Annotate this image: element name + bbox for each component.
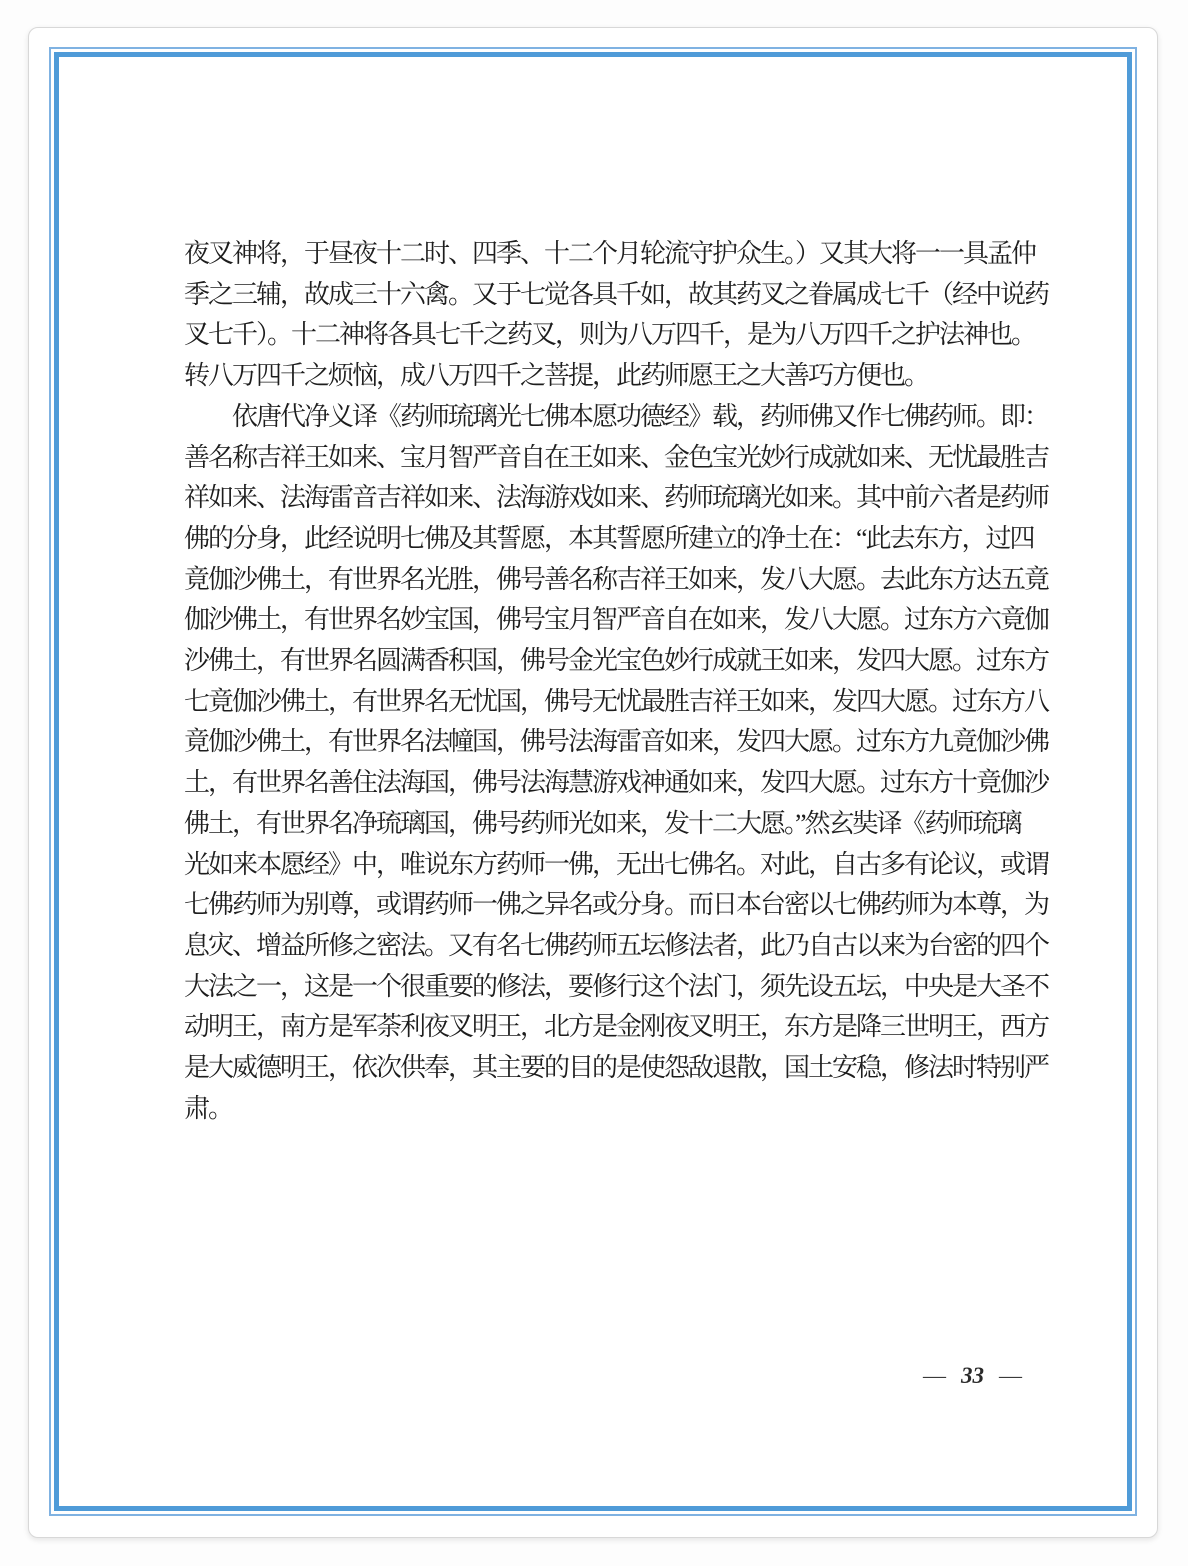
text-line: 竟伽沙佛土，有世界名法幢国，佛号法海雷音如来，发四大愿。过东方九竟伽沙佛 <box>184 722 1052 763</box>
text-line: 大法之一，这是一个很重要的修法，要修行这个法门，须先设五坛，中央是大圣不 <box>184 967 1052 1008</box>
text-line: 息灾、增益所修之密法。又有名七佛药师五坛修法者，此乃自古以来为台密的四个 <box>184 926 1052 967</box>
text-line: 季之三辅，故成三十六禽。又于七觉各具千如，故其药叉之眷属成七千（经中说药 <box>184 275 1052 316</box>
text-line: 肃。 <box>184 1089 1052 1130</box>
text-line: 动明王，南方是军荼利夜叉明王，北方是金刚夜叉明王，东方是降三世明王，西方 <box>184 1007 1052 1048</box>
text-line: 土，有世界名善住法海国，佛号法海慧游戏神通如来，发四大愿。过东方十竟伽沙 <box>184 763 1052 804</box>
paragraph: 夜叉神将，于昼夜十二时、四季、十二个月轮流守护众生。）又其大将一一具孟仲季之三辅… <box>184 234 1052 397</box>
page-number-dash-left: — <box>923 1363 946 1389</box>
paragraph: 依唐代净义译《药师琉璃光七佛本愿功德经》载，药师佛又作七佛药师。即：善名称吉祥王… <box>184 397 1052 1130</box>
text-line: 是大威德明王，依次供奉，其主要的目的是使怨敌退散，国土安稳，修法时特别严 <box>184 1048 1052 1089</box>
text-line: 佛的分身，此经说明七佛及其誓愿，本其誓愿所建立的净土在：“此去东方，过四 <box>184 519 1052 560</box>
screenshot-root: { "document": { "language": "zh-CN", "pa… <box>0 0 1188 1566</box>
text-line: 佛土，有世界名净琉璃国，佛号药师光如来，发十二大愿。”然玄奘译《药师琉璃 <box>184 804 1052 845</box>
text-line: 七竟伽沙佛土，有世界名无忧国，佛号无忧最胜吉祥王如来，发四大愿。过东方八 <box>184 682 1052 723</box>
page-number-value: 33 <box>961 1363 984 1389</box>
text-line: 夜叉神将，于昼夜十二时、四季、十二个月轮流守护众生。）又其大将一一具孟仲 <box>184 234 1052 275</box>
text-line: 沙佛土，有世界名圆满香积国，佛号金光宝色妙行成就王如来，发四大愿。过东方 <box>184 641 1052 682</box>
text-line: 伽沙佛土，有世界名妙宝国，佛号宝月智严音自在如来，发八大愿。过东方六竟伽 <box>184 600 1052 641</box>
text-line: 七佛药师为别尊，或谓药师一佛之异名或分身。而日本台密以七佛药师为本尊，为 <box>184 885 1052 926</box>
page-number-dash-right: — <box>999 1363 1022 1389</box>
text-line: 竟伽沙佛土，有世界名光胜，佛号善名称吉祥王如来，发八大愿。去此东方达五竟 <box>184 560 1052 601</box>
text-line: 依唐代净义译《药师琉璃光七佛本愿功德经》载，药师佛又作七佛药师。即： <box>184 397 1052 438</box>
body-text: 夜叉神将，于昼夜十二时、四季、十二个月轮流守护众生。）又其大将一一具孟仲季之三辅… <box>184 234 1052 1129</box>
text-line: 转八万四千之烦恼，成八万四千之菩提，此药师愿王之大善巧方便也。 <box>184 356 1052 397</box>
text-line: 光如来本愿经》中，唯说东方药师一佛，无出七佛名。对此，自古多有论议，或谓 <box>184 845 1052 886</box>
text-line: 叉七千）。十二神将各具七千之药叉，则为八万四千，是为八万四千之护法神也。 <box>184 315 1052 356</box>
page-number: — 33 — <box>29 1363 1022 1389</box>
text-line: 祥如来、法海雷音吉祥如来、法海游戏如来、药师琉璃光如来。其中前六者是药师 <box>184 478 1052 519</box>
text-line: 善名称吉祥王如来、宝月智严音自在王如来、金色宝光妙行成就如来、无忧最胜吉 <box>184 438 1052 479</box>
page: 夜叉神将，于昼夜十二时、四季、十二个月轮流守护众生。）又其大将一一具孟仲季之三辅… <box>28 27 1158 1538</box>
